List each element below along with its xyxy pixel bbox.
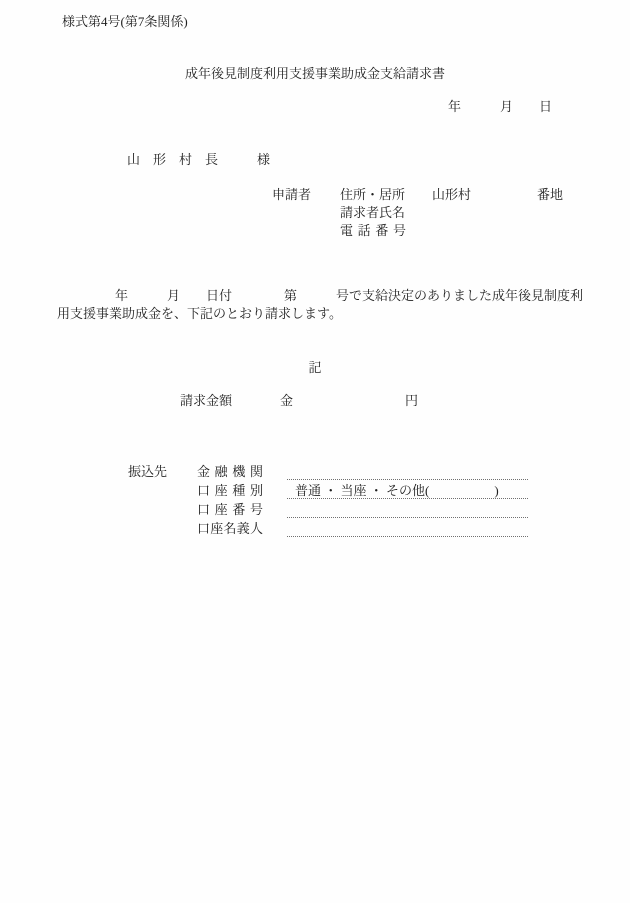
applicant-label: 申請者 <box>272 187 311 202</box>
form-number: 様式第4号(第7条関係) <box>62 14 188 29</box>
address-label: 住所・居所 <box>340 187 405 202</box>
address-value: 山形村 <box>432 187 471 202</box>
amount-label: 請求金額 <box>180 393 232 408</box>
body-line-2: 用支援事業助成金を、下記のとおり請求します。 <box>57 306 342 321</box>
account-number-label: 口座番号 <box>197 502 263 517</box>
addressee: 山 形 村 長 様 <box>127 152 270 167</box>
page-title: 成年後見制度利用支援事業助成金支給請求書 <box>0 66 630 81</box>
account-holder-label: 口座名義人 <box>197 521 263 536</box>
account-type-label: 口座種別 <box>197 483 263 498</box>
body-line-1: 年 月 日付 第 号で支給決定のありました成年後見制度利 <box>115 288 583 303</box>
account-number-field <box>287 502 528 518</box>
document-page: 様式第4号(第7条関係) 成年後見制度利用支援事業助成金支給請求書 年 月 日 … <box>0 0 630 903</box>
amount-currency-prefix: 金 <box>280 393 293 408</box>
account-holder-field <box>287 521 528 537</box>
address-suffix: 番地 <box>537 187 563 202</box>
date-line: 年 月 日 <box>448 99 552 114</box>
section-marker: 記 <box>0 360 630 375</box>
account-type-field: 普通 ・ 当座 ・ その他( ) <box>287 483 528 499</box>
phone-label: 電話番号 <box>340 223 406 238</box>
amount-currency-unit: 円 <box>405 393 418 408</box>
bank-institution-field <box>287 464 528 480</box>
claimant-name-label: 請求者氏名 <box>340 205 405 220</box>
bank-section-label: 振込先 <box>128 464 167 479</box>
bank-institution-label: 金融機関 <box>197 464 263 479</box>
